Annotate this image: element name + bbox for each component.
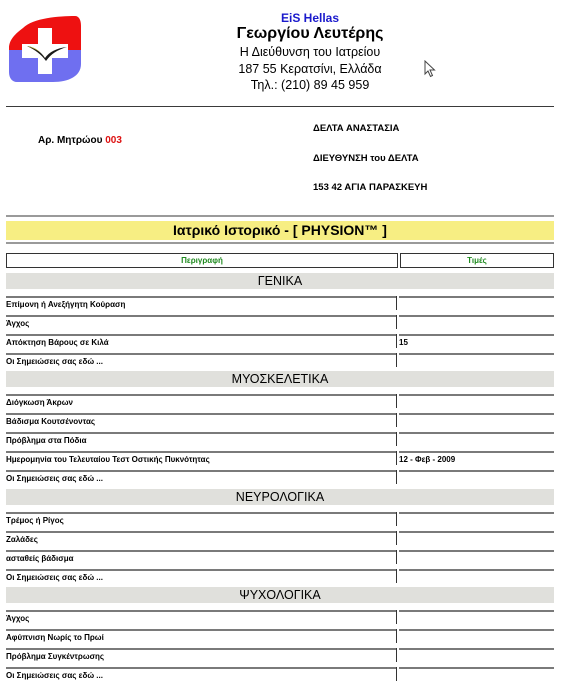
row-value	[399, 413, 554, 431]
row-description: ασταθείς βάδισμα	[6, 550, 396, 568]
row-value	[399, 629, 554, 647]
row-description: Ημερομηνία του Τελευταίου Τεστ Οστικής Π…	[6, 451, 396, 469]
table-row: Οι Σημειώσεις σας εδώ ...	[6, 667, 554, 685]
row-description: Αφύπνιση Νωρίς το Πρωί	[6, 629, 396, 647]
divider	[6, 242, 554, 244]
cell-separator	[396, 629, 397, 643]
row-description: Οι Σημειώσεις σας εδώ ...	[6, 353, 396, 371]
patient-address: ΔΙΕΥΘΥΝΣΗ του ΔΕΛΤΑ	[313, 153, 419, 164]
row-value	[399, 550, 554, 568]
row-value	[399, 432, 554, 450]
table-row: Ζαλάδες	[6, 531, 554, 549]
row-description: Οι Σημειώσεις σας εδώ ...	[6, 667, 396, 685]
row-value	[399, 648, 554, 666]
row-description: Οι Σημειώσεις σας εδώ ...	[6, 470, 396, 488]
row-description: Επίμονη ή Ανεξήγητη Κούραση	[6, 296, 396, 314]
report-title: Ιατρικό Ιστορικό - [ PHYSION™ ]	[6, 221, 554, 240]
clinic-address-line1: Η Διεύθυνση του Ιατρείου	[160, 45, 460, 59]
row-value	[399, 394, 554, 412]
clinic-logo	[9, 14, 81, 84]
column-header-description: Περιγραφή	[6, 253, 398, 268]
cell-separator	[396, 432, 397, 446]
registry-number: Αρ. Μητρώου 003	[38, 135, 122, 146]
row-value	[399, 531, 554, 549]
cell-separator	[396, 512, 397, 526]
header-divider	[6, 106, 554, 107]
cell-separator	[396, 550, 397, 564]
row-value: 15	[399, 334, 554, 352]
row-description: Πρόβλημα Συγκέντρωσης	[6, 648, 396, 666]
cell-separator	[396, 569, 397, 583]
row-description: Πρόβλημα στα Πόδια	[6, 432, 396, 450]
cell-separator	[396, 667, 397, 681]
clinic-phone: Τηλ.: (210) 89 45 959	[160, 78, 460, 92]
table-row: Πρόβλημα στα Πόδια	[6, 432, 554, 450]
row-value	[399, 353, 554, 371]
cell-separator	[396, 334, 397, 348]
table-row: Άγχος	[6, 610, 554, 628]
row-value	[399, 569, 554, 587]
medical-cross-logo-icon	[9, 14, 81, 84]
patient-name: ΔΕΛΤΑ ΑΝΑΣΤΑΣΙΑ	[313, 123, 399, 134]
brand-name: EiS Hellas	[160, 11, 460, 25]
cell-separator	[396, 610, 397, 624]
table-row: Οι Σημειώσεις σας εδώ ...	[6, 569, 554, 587]
table-row: Οι Σημειώσεις σας εδώ ...	[6, 470, 554, 488]
cell-separator	[396, 648, 397, 662]
row-description: Ζαλάδες	[6, 531, 396, 549]
table-row: Ημερομηνία του Τελευταίου Τεστ Οστικής Π…	[6, 451, 554, 469]
clinic-address-line2: 187 55 Κερατσίνι, Ελλάδα	[160, 62, 460, 76]
registry-value: 003	[105, 135, 122, 146]
row-value	[399, 610, 554, 628]
cell-separator	[396, 531, 397, 545]
row-description: Διόγκωση Άκρων	[6, 394, 396, 412]
doctor-name: Γεωργίου Λευτέρης	[160, 25, 460, 43]
table-row: Βάδισμα Κουτσένοντας	[6, 413, 554, 431]
registry-label: Αρ. Μητρώου	[38, 135, 102, 146]
cell-separator	[396, 451, 397, 465]
cell-separator	[396, 394, 397, 408]
row-value: 12 - Φεβ - 2009	[399, 451, 554, 469]
section-header: ΓΕΝΙΚΑ	[6, 273, 554, 289]
row-value	[399, 470, 554, 488]
table-row: Οι Σημειώσεις σας εδώ ...	[6, 353, 554, 371]
row-description: Τρέμος ή Ρίγος	[6, 512, 396, 530]
row-description: Οι Σημειώσεις σας εδώ ...	[6, 569, 396, 587]
cell-separator	[396, 413, 397, 427]
row-value	[399, 315, 554, 333]
table-row: Επίμονη ή Ανεξήγητη Κούραση	[6, 296, 554, 314]
table-row: Διόγκωση Άκρων	[6, 394, 554, 412]
cell-separator	[396, 470, 397, 484]
column-header-values: Τιμές	[400, 253, 554, 268]
table-row: Αφύπνιση Νωρίς το Πρωί	[6, 629, 554, 647]
section-header: ΝΕΥΡΟΛΟΓΙΚΑ	[6, 489, 554, 505]
cell-separator	[396, 315, 397, 329]
row-description: Βάδισμα Κουτσένοντας	[6, 413, 396, 431]
section-header: ΨΥΧΟΛΟΓΙΚΑ	[6, 587, 554, 603]
row-value	[399, 296, 554, 314]
row-value	[399, 512, 554, 530]
row-description: Άγχος	[6, 315, 396, 333]
table-row: Πρόβλημα Συγκέντρωσης	[6, 648, 554, 666]
table-row: Τρέμος ή Ρίγος	[6, 512, 554, 530]
table-row: ασταθείς βάδισμα	[6, 550, 554, 568]
table-row: Άγχος	[6, 315, 554, 333]
cell-separator	[396, 296, 397, 310]
table-row: Απόκτηση Βάρους σε Κιλά15	[6, 334, 554, 352]
patient-city: 153 42 ΑΓΙΑ ΠΑΡΑΣΚΕΥΗ	[313, 182, 427, 193]
row-description: Άγχος	[6, 610, 396, 628]
row-description: Απόκτηση Βάρους σε Κιλά	[6, 334, 396, 352]
divider	[6, 215, 554, 217]
mouse-pointer-icon	[424, 60, 436, 78]
cell-separator	[396, 353, 397, 367]
section-header: ΜΥΟΣΚΕΛΕΤΙΚΑ	[6, 371, 554, 387]
row-value	[399, 667, 554, 685]
